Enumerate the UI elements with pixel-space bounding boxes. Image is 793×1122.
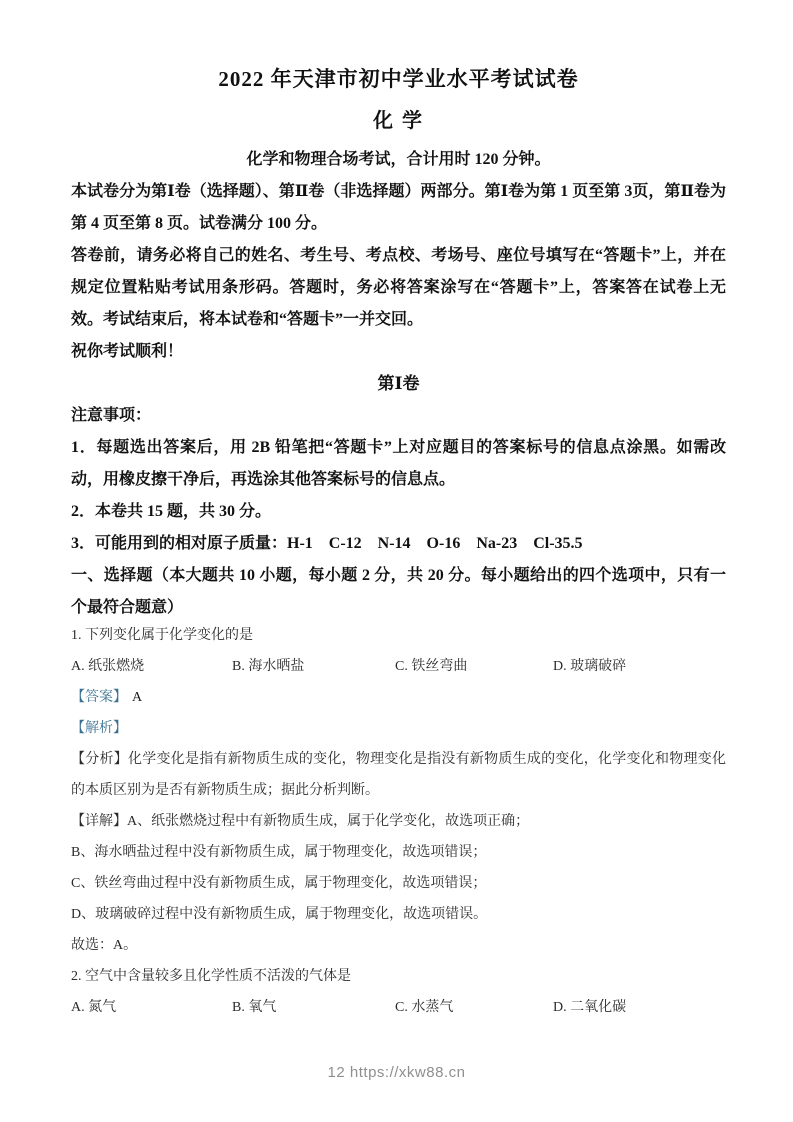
question-2-stem: 2. 空气中含量较多且化学性质不活泼的气体是	[71, 961, 726, 992]
question-1-option-b: B. 海水晒盐	[232, 651, 395, 682]
part1-header: 第Ⅰ卷	[71, 368, 726, 400]
section-heading-multiple-choice: 一、选择题（本大题共 10 小题，每小题 2 分，共 20 分。每小题给出的四个…	[71, 560, 726, 624]
exam-paper-page: 2022 年天津市初中学业水平考试试卷 化 学 化学和物理合场考试，合计用时 1…	[0, 0, 793, 1122]
question-2-option-a: A. 氮气	[71, 992, 232, 1023]
page-title: 2022 年天津市初中学业水平考试试卷	[71, 64, 726, 95]
notice-section: 注意事项： 1．每题选出答案后，用 2B 铅笔把“答题卡”上对应题目的答案标号的…	[71, 400, 726, 560]
question-1-detail-d: D、玻璃破碎过程中没有新物质生成，属于物理变化，故选项错误。	[71, 899, 726, 930]
question-1-answer-line: 【答案】A	[71, 682, 726, 713]
question-2-option-c: C. 水蒸气	[395, 992, 553, 1023]
notice-item-2: 2．本卷共 15 题，共 30 分。	[71, 496, 726, 528]
subject-title: 化 学	[71, 106, 726, 136]
question-1-analysis-overview: 【分析】化学变化是指有新物质生成的变化，物理变化是指没有新物质生成的变化，化学变…	[71, 744, 726, 806]
question-1-option-d: D. 玻璃破碎	[553, 651, 726, 682]
question-1-detail-a: 【详解】A、纸张燃烧过程中有新物质生成，属于化学变化，故选项正确；	[71, 806, 726, 837]
page-footer-url: 12 https://xkw88.cn	[0, 1064, 793, 1081]
intro-paragraph-structure: 本试卷分为第Ⅰ卷（选择题）、第Ⅱ卷（非选择题）两部分。第Ⅰ卷为第 1 页至第 3…	[71, 176, 726, 240]
intro-section: 本试卷分为第Ⅰ卷（选择题）、第Ⅱ卷（非选择题）两部分。第Ⅰ卷为第 1 页至第 3…	[71, 176, 726, 368]
question-1-options-row: A. 纸张燃烧 B. 海水晒盐 C. 铁丝弯曲 D. 玻璃破碎	[71, 651, 726, 682]
answer-label: 【答案】	[71, 690, 127, 705]
notice-item-1: 1．每题选出答案后，用 2B 铅笔把“答题卡”上对应题目的答案标号的信息点涂黑。…	[71, 432, 726, 496]
questions-area: 1. 下列变化属于化学变化的是 A. 纸张燃烧 B. 海水晒盐 C. 铁丝弯曲 …	[71, 620, 726, 1023]
question-1-detail-b: B、海水晒盐过程中没有新物质生成，属于物理变化，故选项错误；	[71, 837, 726, 868]
question-1-option-a: A. 纸张燃烧	[71, 651, 232, 682]
question-2-option-b: B. 氧气	[232, 992, 395, 1023]
notice-title: 注意事项：	[71, 400, 726, 432]
analysis-label: 【解析】	[71, 713, 726, 744]
exam-duration-note: 化学和物理合场考试，合计用时 120 分钟。	[71, 147, 726, 173]
intro-paragraph-good-luck: 祝你考试顺利！	[71, 336, 726, 368]
answer-value: A	[132, 690, 142, 705]
intro-paragraph-answer-sheet: 答卷前，请务必将自己的姓名、考生号、考点校、考场号、座位号填写在“答题卡”上，并…	[71, 240, 726, 336]
question-1-option-c: C. 铁丝弯曲	[395, 651, 553, 682]
question-1-stem: 1. 下列变化属于化学变化的是	[71, 620, 726, 651]
question-1-conclusion: 故选：A。	[71, 930, 726, 961]
question-2-option-d: D. 二氧化碳	[553, 992, 726, 1023]
question-2: 2. 空气中含量较多且化学性质不活泼的气体是 A. 氮气 B. 氧气 C. 水蒸…	[71, 961, 726, 1023]
notice-item-3-atomic-masses: 3．可能用到的相对原子质量：H-1 C-12 N-14 O-16 Na-23 C…	[71, 528, 726, 560]
question-1-detail-c: C、铁丝弯曲过程中没有新物质生成，属于物理变化，故选项错误；	[71, 868, 726, 899]
question-2-options-row: A. 氮气 B. 氧气 C. 水蒸气 D. 二氧化碳	[71, 992, 726, 1023]
question-1: 1. 下列变化属于化学变化的是 A. 纸张燃烧 B. 海水晒盐 C. 铁丝弯曲 …	[71, 620, 726, 961]
